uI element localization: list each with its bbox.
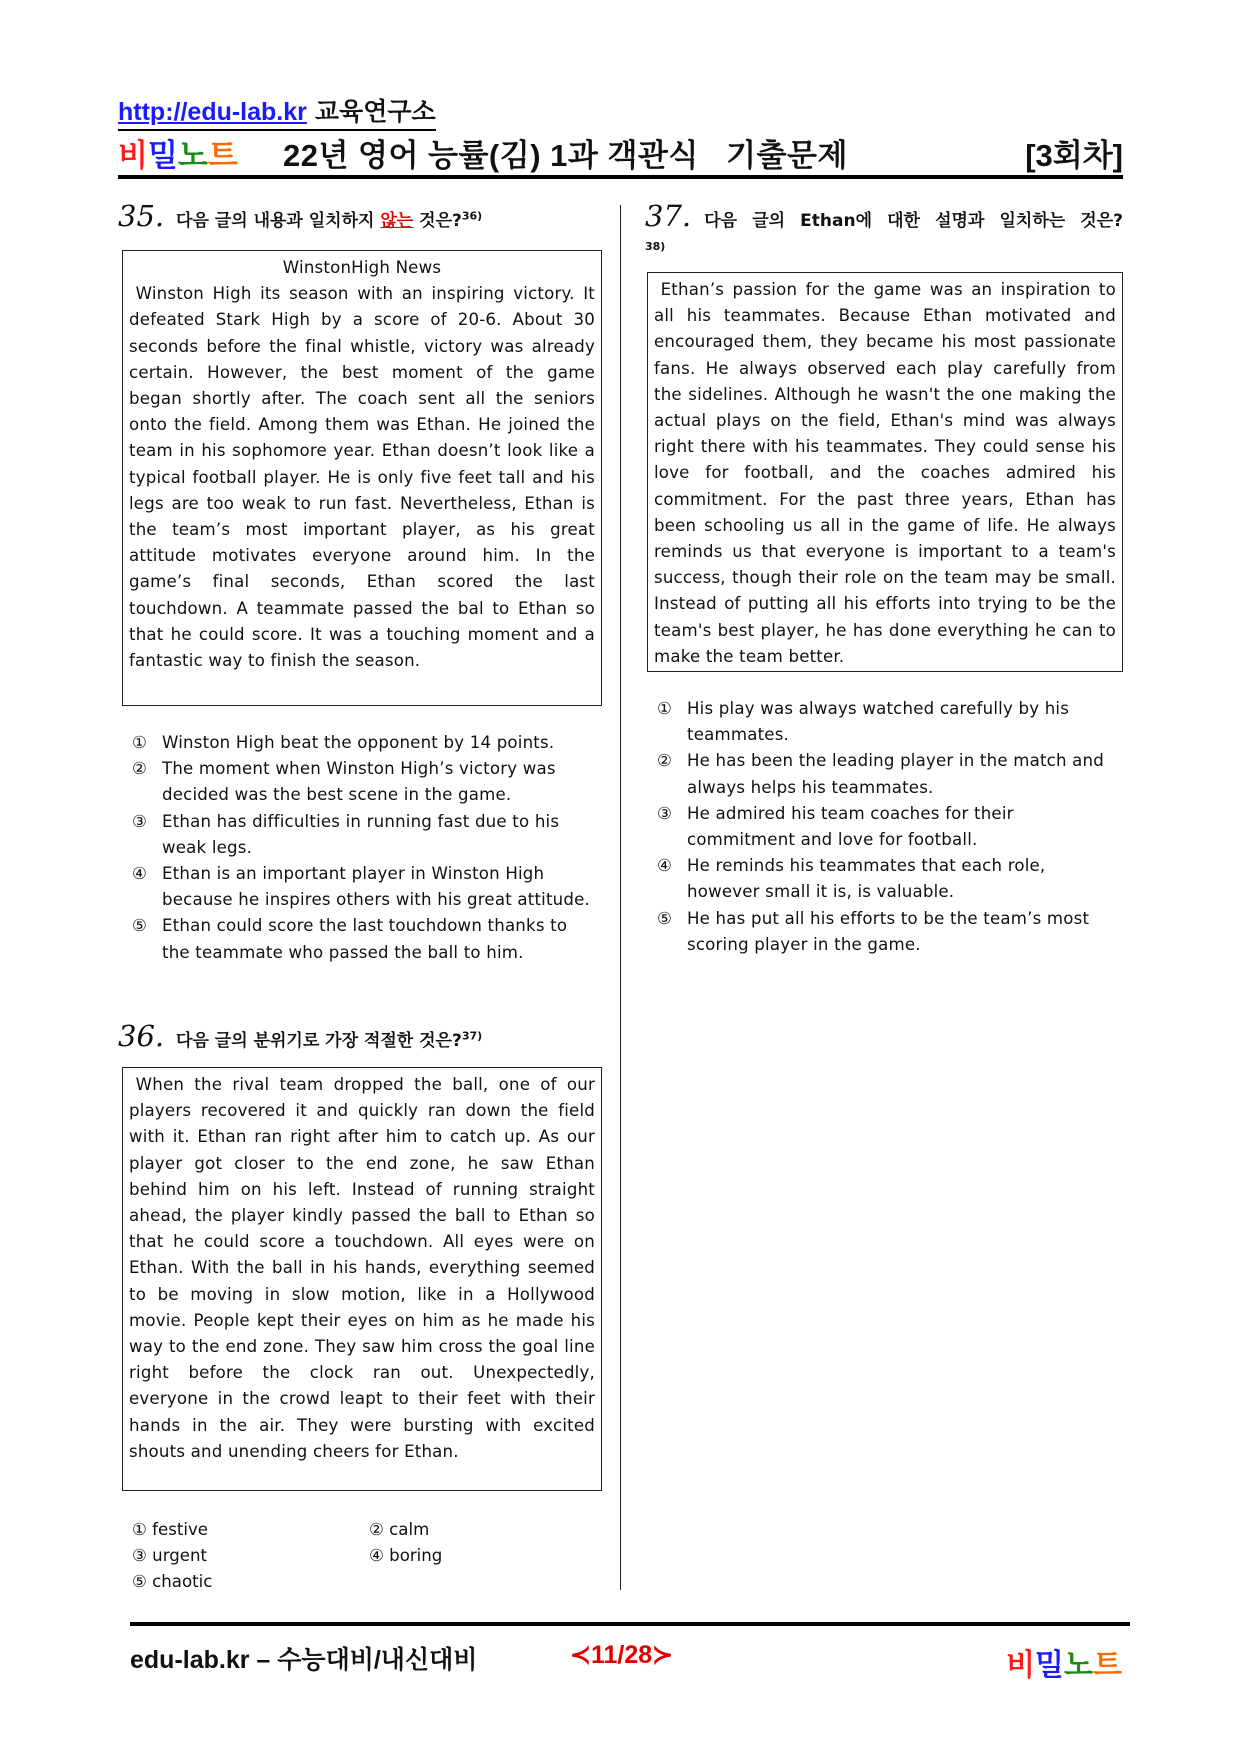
brand-char: 비 [118, 130, 148, 175]
question-35-heading: 35. 다음 글의 내용과 일치하지 않는 것은?36) [118, 203, 482, 234]
footnote-ref: 38) [645, 240, 665, 253]
question-number: 35. [118, 199, 164, 233]
choice-5[interactable]: ⑤ chaotic [132, 1569, 212, 1595]
choice-marker: ② [369, 1520, 384, 1539]
document-title-bar: 비밀노트 22년 영어 능률(김) 1과 객관식 기출문제 [3회차] [118, 130, 1123, 172]
question-36-choices: ① festive ② calm ③ urgent ④ boring ⑤ cha… [132, 1517, 592, 1597]
choice-text: His play was always watched carefully by… [687, 699, 1069, 744]
question-35-choices: ①Winston High beat the opponent by 14 po… [132, 730, 592, 966]
choice-marker: ⑤ [132, 1572, 147, 1591]
choice-3[interactable]: ③Ethan has difficulties in running fast … [132, 809, 592, 861]
choice-text: The moment when Winston High’s victory w… [162, 759, 556, 804]
brand-char: 비 [1006, 1640, 1035, 1684]
choice-2[interactable]: ② calm [369, 1517, 429, 1543]
question-prompt: 다음 글의 Ethan에 대한 설명과 일치하는 것은? [704, 211, 1123, 231]
choice-text: calm [389, 1520, 429, 1539]
question-prompt: 다음 글의 분위기로 가장 적절한 것은? [176, 1031, 462, 1051]
choice-4[interactable]: ④He reminds his teammates that each role… [657, 853, 1107, 905]
choice-4[interactable]: ④Ethan is an important player in Winston… [132, 861, 592, 913]
passage-text: When the rival team dropped the ball, on… [129, 1072, 595, 1465]
choice-text: chaotic [152, 1572, 212, 1591]
choice-text: He has put all his efforts to be the tea… [687, 909, 1089, 954]
choice-marker: ① [132, 730, 162, 756]
header-divider [118, 175, 1123, 179]
footer-site-label: edu-lab.kr – 수능대비/내신대비 [130, 1640, 477, 1676]
page-number: ≺11/28≻ [570, 1640, 673, 1670]
choice-1[interactable]: ① festive [132, 1517, 208, 1543]
choice-4[interactable]: ④ boring [369, 1543, 442, 1569]
site-url-link[interactable]: http://edu-lab.kr [118, 98, 307, 126]
choice-2[interactable]: ②He has been the leading player in the m… [657, 748, 1107, 800]
choice-text: boring [389, 1546, 442, 1565]
choice-marker: ① [657, 696, 687, 722]
choice-5[interactable]: ⑤He has put all his efforts to be the te… [657, 906, 1107, 958]
choice-marker: ④ [132, 861, 162, 887]
choice-text: Ethan is an important player in Winston … [162, 864, 590, 909]
brand-char: 노 [1064, 1640, 1093, 1684]
choice-marker: ④ [369, 1546, 384, 1565]
question-37-choices: ①His play was always watched carefully b… [657, 696, 1107, 958]
question-prompt: 다음 글의 내용과 일치하지 [176, 211, 374, 231]
choice-marker: ⑤ [132, 913, 162, 939]
choice-text: Ethan has difficulties in running fast d… [162, 812, 559, 857]
choice-3[interactable]: ③ urgent [132, 1543, 207, 1569]
footnote-ref: 36) [462, 209, 482, 222]
choice-marker: ③ [132, 1546, 147, 1565]
brand-char: 트 [1093, 1640, 1122, 1684]
choice-marker: ④ [657, 853, 687, 879]
choice-marker: ② [657, 748, 687, 774]
choice-text: He has been the leading player in the ma… [687, 751, 1104, 796]
page-title: 22년 영어 능률(김) 1과 객관식 기출문제 [283, 130, 848, 175]
brand-char: 노 [178, 130, 208, 175]
question-number: 37. [645, 199, 691, 233]
choice-2[interactable]: ②The moment when Winston High’s victory … [132, 756, 592, 808]
footer-divider [130, 1622, 1130, 1626]
choice-marker: ③ [132, 809, 162, 835]
choice-text: urgent [152, 1546, 207, 1565]
choice-1[interactable]: ①Winston High beat the opponent by 14 po… [132, 730, 592, 756]
choice-text: He reminds his teammates that each role,… [687, 856, 1045, 901]
question-prompt-end: 것은? [419, 211, 462, 231]
passage-title: WinstonHigh News [129, 255, 595, 281]
page-footer: edu-lab.kr – 수능대비/내신대비 ≺11/28≻ 비밀노트 [130, 1640, 1122, 1680]
question-37-passage: Ethan’s passion for the game was an insp… [647, 272, 1123, 672]
choice-text: He admired his team coaches for their co… [687, 804, 1014, 849]
question-35-passage: WinstonHigh News Winston High its season… [122, 250, 602, 706]
choice-marker: ⑤ [657, 906, 687, 932]
choice-5[interactable]: ⑤Ethan could score the last touchdown th… [132, 913, 592, 965]
question-number: 36. [118, 1019, 164, 1053]
choice-marker: ② [132, 756, 162, 782]
choice-1[interactable]: ①His play was always watched carefully b… [657, 696, 1107, 748]
brand-char: 밀 [148, 130, 178, 175]
brand-char: 밀 [1035, 1640, 1064, 1684]
round-label: [3회차] [1025, 130, 1123, 175]
negation-emphasis: 않는 [380, 211, 413, 231]
question-36-heading: 36. 다음 글의 분위기로 가장 적절한 것은?37) [118, 1023, 482, 1054]
choice-text: Ethan could score the last touchdown tha… [162, 916, 567, 961]
institute-label: 교육연구소 [315, 98, 436, 126]
choice-text: festive [152, 1520, 208, 1539]
question-36-passage: When the rival team dropped the ball, on… [122, 1067, 602, 1491]
footnote-ref: 37) [462, 1029, 482, 1042]
passage-text: Winston High its season with an inspirin… [129, 281, 595, 674]
brand-char: 트 [208, 130, 238, 175]
column-divider [620, 205, 621, 1590]
brand-logo: 비밀노트 [118, 138, 238, 173]
header-link-line: http://edu-lab.kr교육연구소 [118, 92, 436, 131]
footer-brand-logo: 비밀노트 [1006, 1640, 1122, 1684]
choice-marker: ③ [657, 801, 687, 827]
choice-text: Winston High beat the opponent by 14 poi… [162, 733, 554, 752]
passage-text: Ethan’s passion for the game was an insp… [654, 277, 1116, 670]
choice-3[interactable]: ③He admired his team coaches for their c… [657, 801, 1107, 853]
choice-marker: ① [132, 1520, 147, 1539]
question-37-heading: 37. 다음 글의 Ethan에 대한 설명과 일치하는 것은?38) [645, 203, 1123, 265]
